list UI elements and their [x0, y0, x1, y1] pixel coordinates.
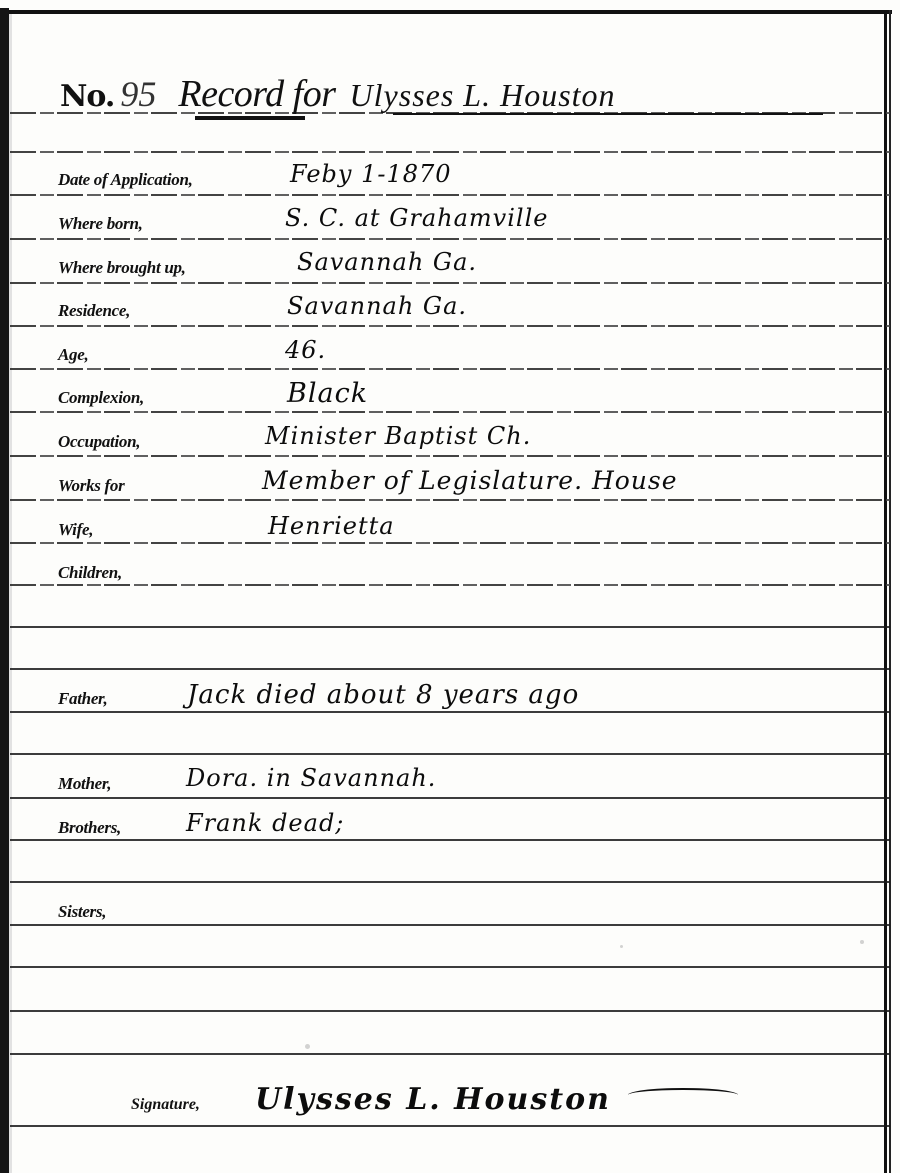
- ruled-line: [10, 881, 890, 883]
- paper-speck: [305, 1044, 310, 1049]
- field-label: Wife,: [58, 520, 93, 540]
- field-label: Children,: [58, 563, 122, 583]
- field-brothers: Brothers,: [58, 818, 121, 838]
- heading-underline: [195, 116, 305, 120]
- signature-flourish: [628, 1088, 738, 1102]
- signature-value: Ulysses L. Houston: [255, 1082, 611, 1117]
- field-residence: Residence,: [58, 301, 130, 321]
- field-value-age: 46.: [285, 336, 326, 364]
- field-occupation: Occupation,: [58, 432, 140, 452]
- ruled-line: [10, 1125, 890, 1127]
- ruled-line: [10, 238, 890, 240]
- record-number: 95: [120, 73, 156, 115]
- paper-speck: [860, 940, 864, 944]
- ruled-line: [10, 966, 890, 968]
- record-heading: Record for: [178, 72, 335, 116]
- ruled-line: [10, 753, 890, 755]
- ruled-line: [10, 1010, 890, 1012]
- ruled-line: [10, 325, 890, 327]
- field-value-date-of-application: Feby 1-1870: [290, 160, 452, 188]
- field-mother: Mother,: [58, 774, 111, 794]
- field-where-born: Where born,: [58, 214, 143, 234]
- ruled-line: [10, 668, 890, 670]
- field-label: Occupation,: [58, 432, 140, 452]
- ruled-line: [10, 282, 890, 284]
- ruled-line: [10, 711, 890, 713]
- name-underline: [393, 113, 823, 115]
- record-number-label: No.: [60, 79, 114, 114]
- field-value-complexion: Black: [287, 378, 368, 409]
- ruled-line: [10, 626, 890, 628]
- field-value-where-born: S. C. at Grahamville: [285, 204, 548, 232]
- field-father: Father,: [58, 689, 107, 709]
- frame-right-border: [884, 10, 887, 1173]
- field-label: Where brought up,: [58, 258, 186, 278]
- field-label: Father,: [58, 689, 107, 709]
- record-page: No. 95 Record for Ulysses L. Houston Dat…: [0, 0, 900, 1173]
- field-label: Age,: [58, 345, 88, 365]
- field-age: Age,: [58, 345, 88, 365]
- frame-left-border: [0, 8, 9, 1173]
- ruled-line: [10, 542, 890, 544]
- ruled-line: [10, 924, 890, 926]
- ruled-line: [10, 194, 890, 196]
- field-date-of-application: Date of Application,: [58, 170, 193, 190]
- signature-label: Signature,: [131, 1096, 200, 1114]
- field-where-brought-up: Where brought up,: [58, 258, 186, 278]
- field-value-wife: Henrietta: [268, 512, 395, 540]
- field-children: Children,: [58, 563, 122, 583]
- frame-right-border-inner: [889, 10, 891, 1173]
- field-value-occupation: Minister Baptist Ch.: [265, 422, 531, 450]
- ruled-line: [10, 151, 890, 153]
- field-label: Residence,: [58, 301, 130, 321]
- field-wife: Wife,: [58, 520, 93, 540]
- ruled-line: [10, 584, 890, 586]
- ruled-line: [10, 499, 890, 501]
- frame-top-border: [6, 10, 892, 14]
- field-works-for: Works for: [58, 476, 124, 496]
- field-value-father: Jack died about 8 years ago: [187, 680, 579, 710]
- paper-speck: [620, 945, 623, 948]
- field-label: Date of Application,: [58, 170, 193, 190]
- ruled-line: [10, 455, 890, 457]
- field-value-residence: Savannah Ga.: [287, 292, 467, 320]
- field-label: Sisters,: [58, 902, 106, 922]
- field-value-brothers: Frank dead;: [186, 809, 344, 837]
- ruled-line: [10, 797, 890, 799]
- depositor-name: Ulysses L. Houston: [350, 77, 616, 114]
- ruled-line: [10, 411, 890, 413]
- field-label: Where born,: [58, 214, 143, 234]
- field-label: Works for: [58, 476, 124, 496]
- field-value-mother: Dora. in Savannah.: [186, 764, 436, 792]
- field-value-where-brought-up: Savannah Ga.: [297, 248, 477, 276]
- ruled-line: [10, 368, 890, 370]
- ruled-line: [10, 839, 890, 841]
- frame-left-edge: [9, 14, 12, 1173]
- field-label: Mother,: [58, 774, 111, 794]
- field-label: Brothers,: [58, 818, 121, 838]
- field-complexion: Complexion,: [58, 388, 144, 408]
- field-label: Complexion,: [58, 388, 144, 408]
- ruled-line: [10, 1053, 890, 1055]
- field-sisters: Sisters,: [58, 902, 106, 922]
- field-value-works-for: Member of Legislature. House: [262, 466, 678, 495]
